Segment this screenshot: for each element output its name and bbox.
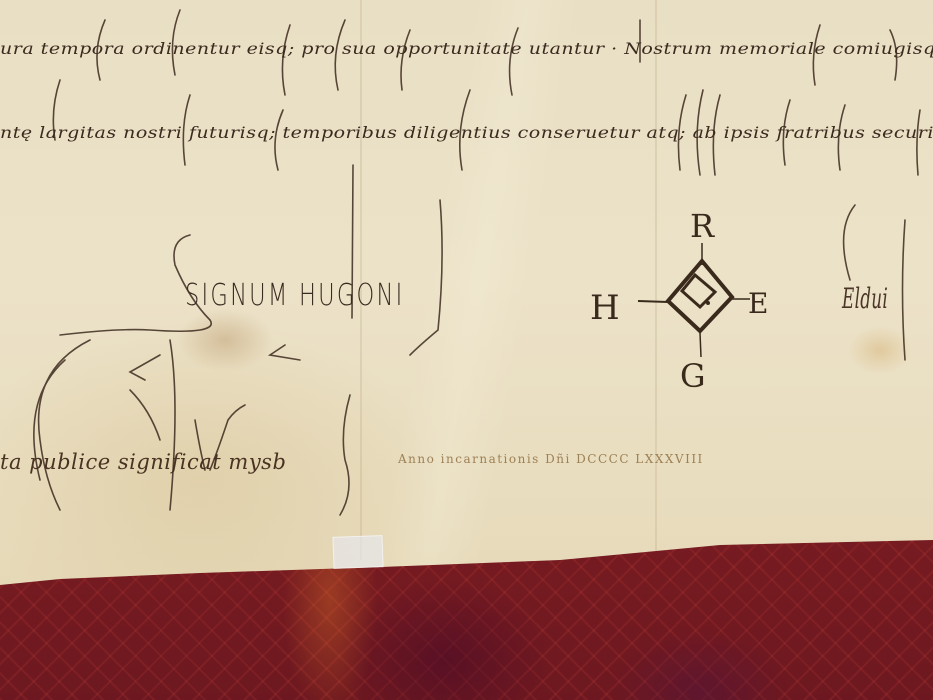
- monogram-letter-e: E: [748, 287, 768, 320]
- chancery-line: ta publice significat mysb: [0, 450, 286, 474]
- text-line-2: ntę largitas nostri futurisq; temporibus…: [0, 124, 933, 143]
- royal-monogram: R H E G: [580, 195, 780, 395]
- signer-fragment: Eldui: [842, 282, 888, 315]
- monogram-letter-r: R: [690, 207, 715, 245]
- signum-inscription: SIGNUM HUGONI: [185, 278, 404, 313]
- dating-clause: Anno incarnationis Dñi DCCCC LXXXVIII: [398, 452, 704, 466]
- mounting-tape: [332, 535, 383, 569]
- text-line-1: ura tempora ordinentur eisq; pro sua opp…: [0, 40, 933, 59]
- monogram-letter-h: H: [590, 288, 620, 328]
- monogram-letter-g: G: [680, 357, 706, 395]
